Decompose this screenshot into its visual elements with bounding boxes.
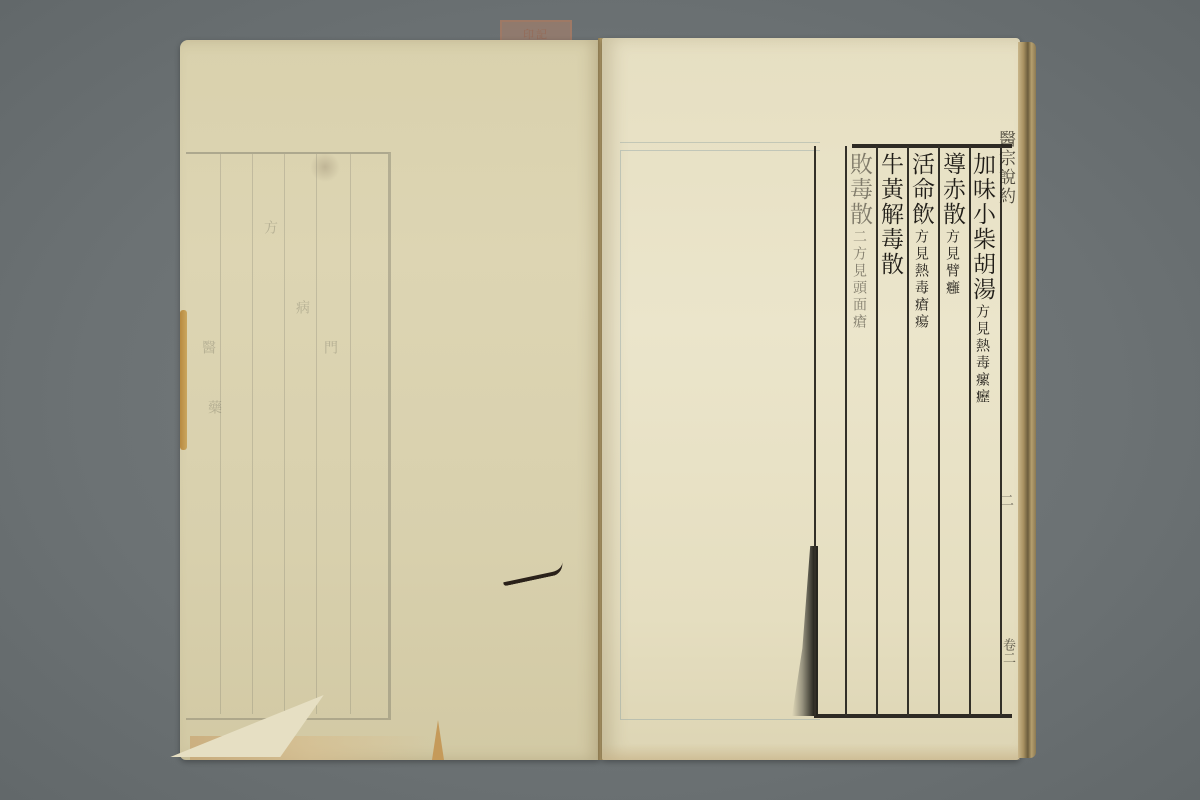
formula-name: 敗毒散 <box>846 152 872 227</box>
bottom-edge-discoloration <box>602 744 1020 760</box>
column-rule <box>1000 146 1002 716</box>
show-through-rule <box>252 154 253 714</box>
show-through-text: 醫 <box>198 340 218 356</box>
show-through-text: 藥 <box>204 400 224 416</box>
faint-guide-line <box>620 142 820 143</box>
show-through-text: 門 <box>320 340 340 356</box>
show-through-rule <box>316 154 317 714</box>
ink-squiggle-mark <box>501 562 564 587</box>
faint-show-through-frame <box>620 150 820 720</box>
formula-name: 導赤散 <box>939 152 965 227</box>
fish-tail-mark: 二 <box>996 493 1016 507</box>
column-rule <box>814 146 816 716</box>
formula-name: 牛黃解毒散 <box>877 152 903 277</box>
formula-entry-4: 牛黃解毒散 <box>878 152 901 279</box>
show-through-frame <box>186 152 391 720</box>
formula-entry-3: 活命飲方見熱毒瘡瘍 <box>909 152 932 331</box>
formula-entry-2: 導赤散方見臂癰 <box>940 152 963 297</box>
fore-edge-page-stack <box>1018 42 1036 758</box>
formula-name: 活命飲 <box>908 152 934 227</box>
paper-tear <box>432 720 444 760</box>
open-book: 醫 方 病 門 藥 加味小柴胡湯方見熱毒瘰癧 <box>180 38 1040 768</box>
formula-note: 方見熱毒瘰癧 <box>974 304 990 406</box>
show-through-text: 方 <box>260 220 280 236</box>
left-page: 醫 方 病 門 藥 <box>180 40 600 760</box>
show-through-rule <box>220 154 221 714</box>
formula-entry-5: 敗毒散二方見頭面瘡 <box>847 152 870 331</box>
printed-text-block: 加味小柴胡湯方見熱毒瘰癧 導赤散方見臂癰 活命飲方見熱毒瘡瘍 牛黃解毒散 敗毒散… <box>814 144 1012 718</box>
block-center-title: 醫宗說約 <box>992 130 1018 206</box>
formula-note: 方見臂癰 <box>944 229 960 297</box>
page-number: 卷二 <box>998 638 1017 664</box>
show-through-rule <box>284 154 285 714</box>
formula-entry-1: 加味小柴胡湯方見熱毒瘰癧 <box>970 152 993 406</box>
show-through-text: 病 <box>292 300 312 316</box>
block-bottom-border <box>814 714 1012 718</box>
right-page: 加味小柴胡湯方見熱毒瘰癧 導赤散方見臂癰 活命飲方見熱毒瘡瘍 牛黃解毒散 敗毒散… <box>602 38 1020 760</box>
formula-note: 方見熱毒瘡瘍 <box>913 229 929 331</box>
formula-note: 二方見頭面瘡 <box>851 229 867 331</box>
show-through-rule <box>350 154 351 714</box>
